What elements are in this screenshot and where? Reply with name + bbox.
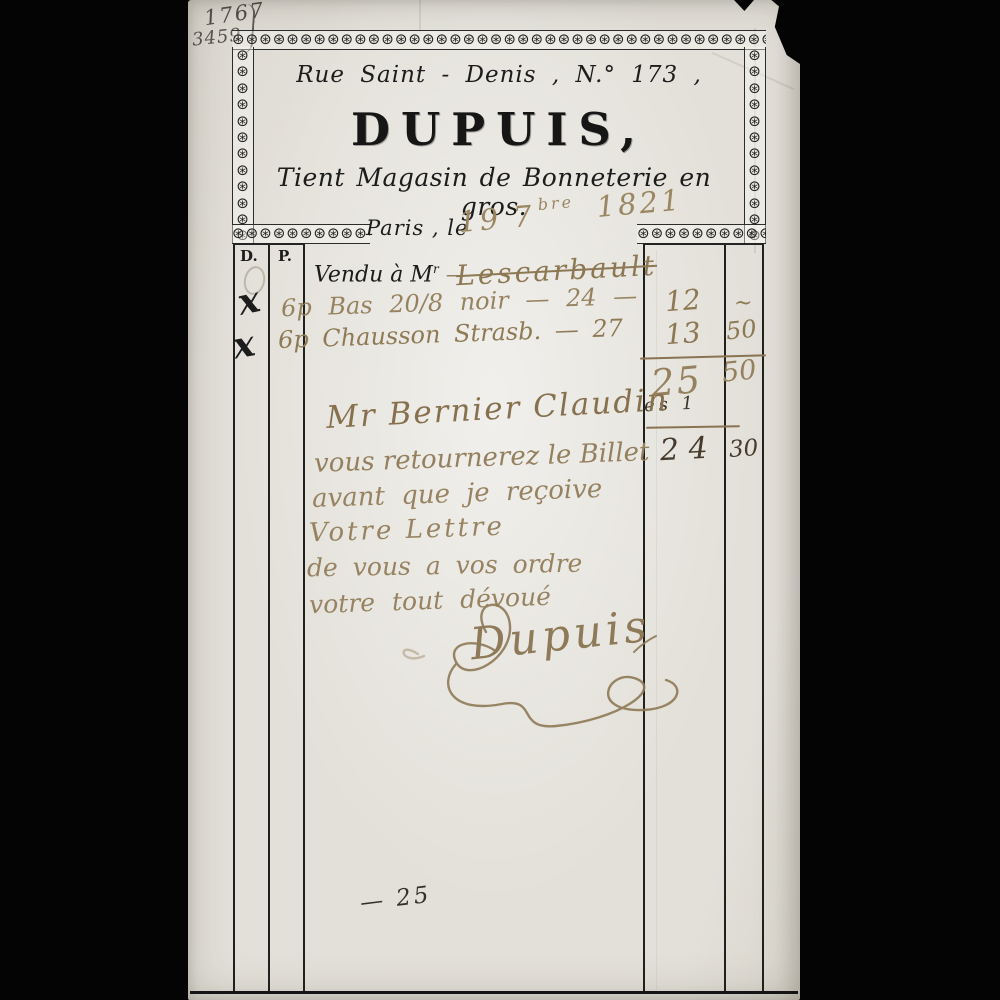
column-cap-left xyxy=(233,243,305,245)
rosette-border-bottom-right: ⊛⊛⊛⊛⊛⊛⊛⊛⊛⊛⊛⊛ xyxy=(637,224,766,244)
column-header-debit: D. xyxy=(240,247,258,265)
item-row-2-centimes: 50 xyxy=(725,314,758,345)
sold-to-label-sup: r xyxy=(433,262,439,276)
note-line-1: Mr Bernier Claudin xyxy=(325,382,669,436)
item-row-1-centimes: ~ xyxy=(734,291,752,316)
note-line-2: vous retournerez le Billet xyxy=(314,437,650,479)
invoice-sheet: 1767 3459 ⊛⊛⊛⊛⊛⊛⊛⊛⊛⊛⊛⊛⊛⊛⊛⊛⊛⊛⊛⊛⊛⊛⊛⊛⊛⊛⊛⊛⊛⊛… xyxy=(188,0,800,1000)
note-line-4: Votre Lettre xyxy=(309,512,506,549)
dateline-printed: Paris , le xyxy=(366,216,468,240)
screenshot-root: { "letterhead": { "address": "Rue Saint … xyxy=(0,0,1000,1000)
item-row-2-francs: 13 xyxy=(664,316,702,351)
bottom-pencil-note: — 25 xyxy=(359,882,433,917)
rule-left-3 xyxy=(303,244,305,993)
column-cap-right xyxy=(643,243,764,245)
shop-name: DUPUIS, xyxy=(254,103,744,156)
note-line-5: de vous a vos ordre xyxy=(307,549,583,583)
rule-left-2 xyxy=(268,244,270,993)
paper-nick xyxy=(734,0,754,11)
paper-tear-notch xyxy=(765,0,800,64)
net-centimes: 30 xyxy=(728,435,759,463)
sold-to-printed: Vendu à Mr — xyxy=(314,262,468,287)
total-centimes: 50 xyxy=(720,354,757,388)
net-francs: 2 4 xyxy=(659,431,708,468)
rosette-border-top: ⊛⊛⊛⊛⊛⊛⊛⊛⊛⊛⊛⊛⊛⊛⊛⊛⊛⊛⊛⊛⊛⊛⊛⊛⊛⊛⊛⊛⊛⊛⊛⊛⊛⊛⊛⊛⊛⊛⊛⊛… xyxy=(232,30,766,50)
bottom-rule xyxy=(190,991,798,994)
note-line-3: avant que je reçoive xyxy=(312,474,603,514)
item-row-1-francs: 12 xyxy=(664,283,702,318)
signature-block: Dupuis xyxy=(398,592,698,757)
date-day-month: 19 7 xyxy=(457,199,536,240)
fold-crease-top xyxy=(419,0,421,32)
sold-to-label: Vendu à M xyxy=(314,262,433,287)
rosette-border-bottom-left: ⊛⊛⊛⊛⊛⊛⊛⊛⊛⊛⊛⊛ xyxy=(232,224,370,244)
column-header-paye: P. xyxy=(278,247,292,265)
shop-address: Rue Saint - Denis , N.° 173 , xyxy=(254,62,744,88)
date-month-suffix: bre xyxy=(537,192,575,214)
rosette-border-right: ⊛⊛⊛⊛⊛⊛⊛⊛⊛⊛⊛⊛⊛ xyxy=(744,47,766,243)
